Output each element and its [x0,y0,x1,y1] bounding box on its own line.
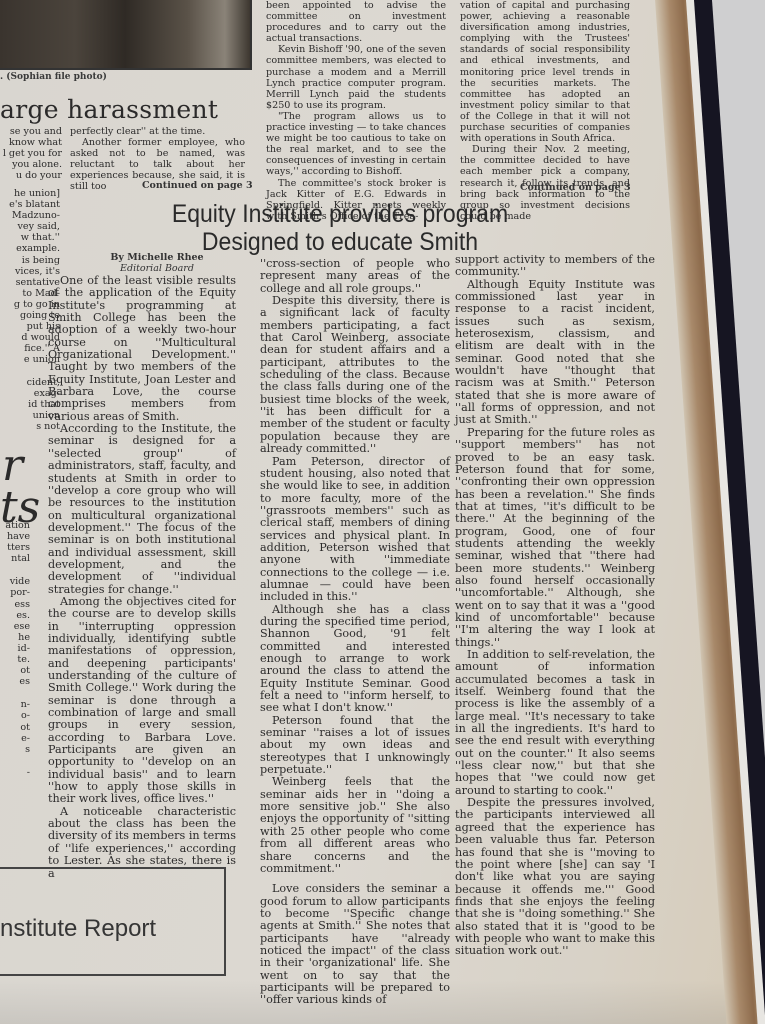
paragraph: Despite this diversity, there is a signi… [260,295,450,455]
text-line: vide [0,576,30,587]
text-line: have [0,531,30,542]
text-line: he union] [0,188,60,199]
text-line: e's blatant [0,199,60,210]
text-line: u do your [0,170,62,181]
text-line: o- [0,710,30,721]
paragraph: perfectly clear'' at the time. [70,126,245,137]
text-line: e- [0,733,30,744]
text-line: vey said, [0,221,60,232]
article-column-2: ''cross-section of people who represent … [260,258,450,1007]
text-line: you alone. [0,159,62,170]
byline: By Michelle Rhee Editorial Board [82,252,232,274]
text-line: ation [0,520,30,531]
paragraph: Peterson found that the seminar ''raises… [260,715,450,777]
author-role: Editorial Board [82,263,232,274]
paragraph: Among the objectives cited for the cours… [48,596,236,806]
paragraph: Although she has a class during the spec… [260,604,450,715]
investment-story-col: been appointed to advise the committee o… [266,0,446,222]
text-line: es. [0,610,30,621]
paragraph: According to the Institute, the seminar … [48,423,236,596]
report-label: nstitute Report [0,915,156,943]
text-line: - [0,767,30,778]
text-line: s [0,744,30,755]
article-column-1: One of the least visible results of the … [48,275,236,880]
text-line: te. [0,654,30,665]
text-line: example. [0,243,60,254]
text-line: n- [0,699,30,710]
text-line: tters [0,542,30,553]
page-shadow [0,980,765,1024]
text-line: se you and [0,126,62,137]
text-line: es [0,676,30,687]
article-column-3: support activity to members of the commu… [455,254,655,958]
text-line: id- [0,643,30,654]
author-name: By Michelle Rhee [82,252,232,263]
text-line: ess [0,599,30,610]
text-line: ot [0,722,30,733]
continued-on-page-link: Continued on page 3 [142,180,253,191]
text-line: he [0,632,30,643]
left-edge-column-2: ation have tters ntal vide por- ess es. … [0,520,30,778]
spacer [0,755,30,767]
text-line: ot [0,665,30,676]
paragraph: Kevin Bishoff '90, one of the seven comm… [266,44,446,111]
paragraph: support activity to members of the commu… [455,254,655,279]
spacer [0,687,30,699]
text-line: know what [0,137,62,148]
paragraph: "The program allows us to practice inves… [266,111,446,178]
harassment-headline: arge harassment [0,95,218,124]
text-line: por- [0,587,30,598]
paragraph: ''cross-section of people who represent … [260,258,450,295]
file-photo [0,0,252,70]
paragraph: been appointed to advise the committee o… [266,0,446,44]
text-line: Madzuno- [0,210,60,221]
text-line: w that.'' [0,232,60,243]
text-line: is being [0,255,60,266]
left-story-col-a: se you and know what l get you for you a… [0,126,62,181]
paragraph: Despite the pressures involved, the part… [455,797,655,957]
text-line: ese [0,621,30,632]
paragraph: In addition to self-revelation, the amou… [455,649,655,797]
newspaper-page: . (Sophian file photo) arge harassment s… [0,0,765,1024]
paragraph: Weinberg feels that the seminar aids her… [260,776,450,875]
paragraph: Preparing for the future roles as ''supp… [455,427,655,649]
continued-on-page-link-right: Continued on page 3 [520,182,631,193]
headline-line-1: Equity Institute provides program [82,200,597,228]
paragraph: Although Equity Institute was commission… [455,279,655,427]
paragraph: Pam Peterson, director of student housin… [260,456,450,604]
paragraph: One of the least visible results of the … [48,275,236,423]
spacer [0,564,30,576]
main-headline: Equity Institute provides program Design… [82,200,597,256]
text-line: ntal [0,553,30,564]
photo-caption: . (Sophian file photo) [0,72,107,82]
text-line: l get you for [0,148,62,159]
paragraph: vation of capital and purchasing power, … [460,0,630,144]
